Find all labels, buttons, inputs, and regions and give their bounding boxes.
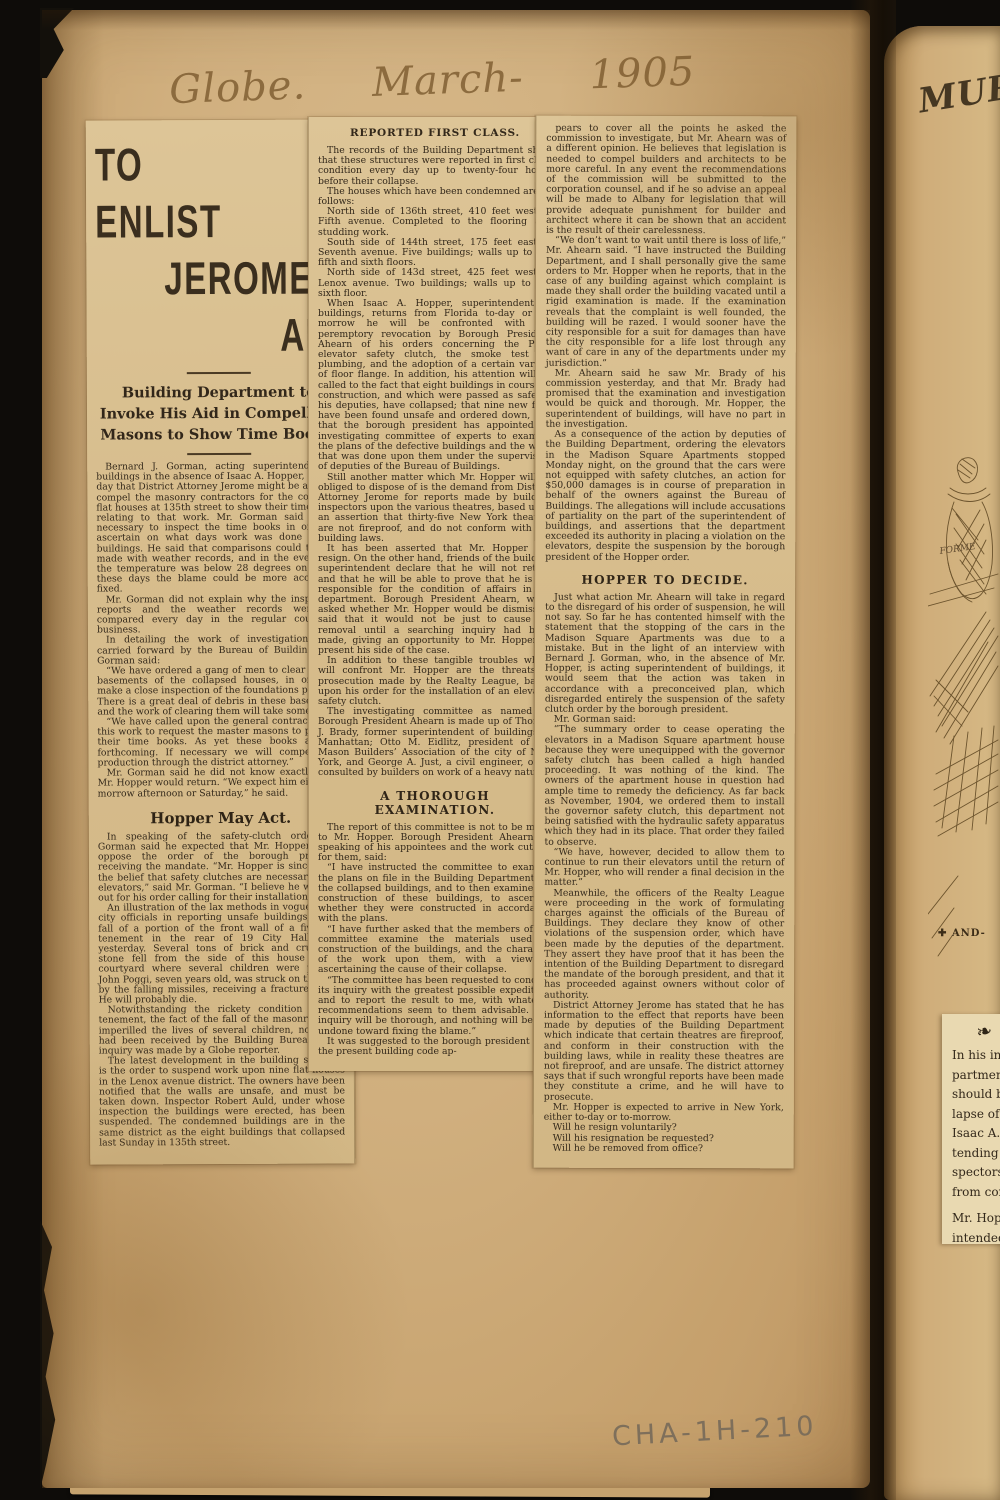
article-subhead: Building Department to Invoke His Aid in… [97,381,341,445]
fragment-line: Mr. Hop [952,1209,1000,1229]
article-body: The report of this committee is not to b… [318,823,552,1058]
paragraph: South side of 144th street, 175 feet eas… [318,238,552,269]
section-heading-reported-first-class: REPORTED FIRST CLASS. [318,127,552,139]
headline-line-1: TO ENLIST [95,136,273,251]
paragraph: In detailing the work of investigation b… [97,635,343,667]
paragraph: “We have, however, decided to allow them… [544,847,784,888]
fragment-line: Isaac A. H [952,1124,1000,1144]
ink-sketch: FORME [928,444,1000,984]
paragraph: Still another matter which Mr. Hopper wi… [318,473,552,544]
paragraph: In addition to these tangible troubles w… [318,656,552,707]
fragment-line: intended to [952,1229,1000,1245]
clipping-fragment: ❧ In his inpartment tshould belapse of r… [942,1014,1000,1244]
sketch-caption: ✚ AND- [938,928,986,939]
torn-edge-bottom [40,1220,80,1490]
paragraph: Mr. Hopper is expected to arrive in New … [544,1103,784,1124]
paragraph: It has been asserted that Mr. Hopper wil… [318,544,552,656]
paragraph: “We have ordered a gang of men to clear … [97,666,343,718]
torn-edge-top [40,8,74,78]
paragraph: The records of the Building Department s… [318,146,552,187]
paragraph: Mr. Gorman did not explain why the inspe… [97,594,343,636]
paragraph: The investigating committee as named by … [318,707,552,778]
fragment-line: partment t [952,1066,1000,1086]
fragment-text: In his inpartment tshould belapse of rIs… [952,1046,1000,1244]
subhead-rule [187,453,251,455]
article-body: pears to cover all the points he asked t… [545,124,786,563]
article-body: The records of the Building Department s… [318,146,552,779]
fragment-line: lapse of r [952,1105,1000,1125]
paragraph: Meanwhile, the officers of the Realty Le… [544,888,784,1001]
fleuron-ornament: ❧ [974,1014,1000,1044]
paragraph: “We don’t want to wait until there is lo… [546,236,786,369]
paragraph: Just what action Mr. Ahearn will take in… [545,592,785,715]
paragraph: It was suggested to the borough presiden… [318,1037,552,1057]
fragment-line: tending to [952,1144,1000,1164]
paragraph: “The summary order to cease operating th… [544,725,784,848]
paragraph: The houses which have been condemned are… [318,187,552,207]
paragraph: When Isaac A. Hopper, superintendent of … [318,299,552,472]
catalog-number-pencil: CHA-1H-210 [611,1411,818,1453]
paragraph: The report of this committee is not to b… [318,823,552,864]
paragraph: Mr. Gorman said he did not know exactly … [98,768,344,800]
paragraph: “I have further asked that the members o… [318,925,552,976]
paragraph: “I have instructed the committee to exam… [318,863,552,924]
scrapbook-page: Globe. March---- 1905 TO ENLIST JEROME'S… [42,10,870,1488]
clipping-right-column: pears to cover all the points he asked t… [533,116,797,1169]
section-heading-hopper-may-act: Hopper May Act. [98,808,344,827]
fragment-line: spectors ar [952,1163,1000,1183]
clipping-middle-column: REPORTED FIRST CLASS. The records of the… [308,117,562,1071]
paragraph: Will he be removed from office? [544,1143,784,1154]
paragraph: As a consequence of the action by deputi… [545,430,785,563]
article-body: Just what action Mr. Ahearn will take in… [544,592,785,1154]
paragraph: “The committee has been requested to con… [318,976,552,1037]
fragment-line: should be [952,1085,1000,1105]
section-heading-hopper-to-decide: HOPPER TO DECIDE. [545,572,785,587]
paragraph: Mr. Ahearn said he saw Mr. Brady of his … [546,369,786,431]
adjacent-page: MURP FORME ✚ AND- ❧ In his inpartment ts… [884,26,1000,1500]
paragraph: Bernard J. Gorman, acting superintendent… [96,461,343,595]
paragraph: District Attorney Jerome has stated that… [544,1001,784,1104]
sketch-note-text: FORME [938,542,977,557]
paragraph: North side of 143d street, 425 feet west… [318,268,552,299]
paragraph: pears to cover all the points he asked t… [546,124,786,237]
fragment-line: In his in [952,1046,1000,1066]
headline-rule [187,372,251,374]
article-body: Bernard J. Gorman, acting superintendent… [96,461,343,799]
scanner-background: Globe. March---- 1905 TO ENLIST JEROME'S… [0,0,1000,1500]
paragraph: North side of 136th street, 410 feet wes… [318,207,552,238]
masthead-fragment: MURP [916,62,1000,121]
section-heading-thorough-examination: A THOROUGH EXAMINATION. [318,789,552,817]
paragraph: “We have called upon the general contrac… [97,717,343,769]
article-headline: TO ENLIST JEROME'S AID [95,135,342,364]
fragment-line: from contr [952,1183,1000,1203]
